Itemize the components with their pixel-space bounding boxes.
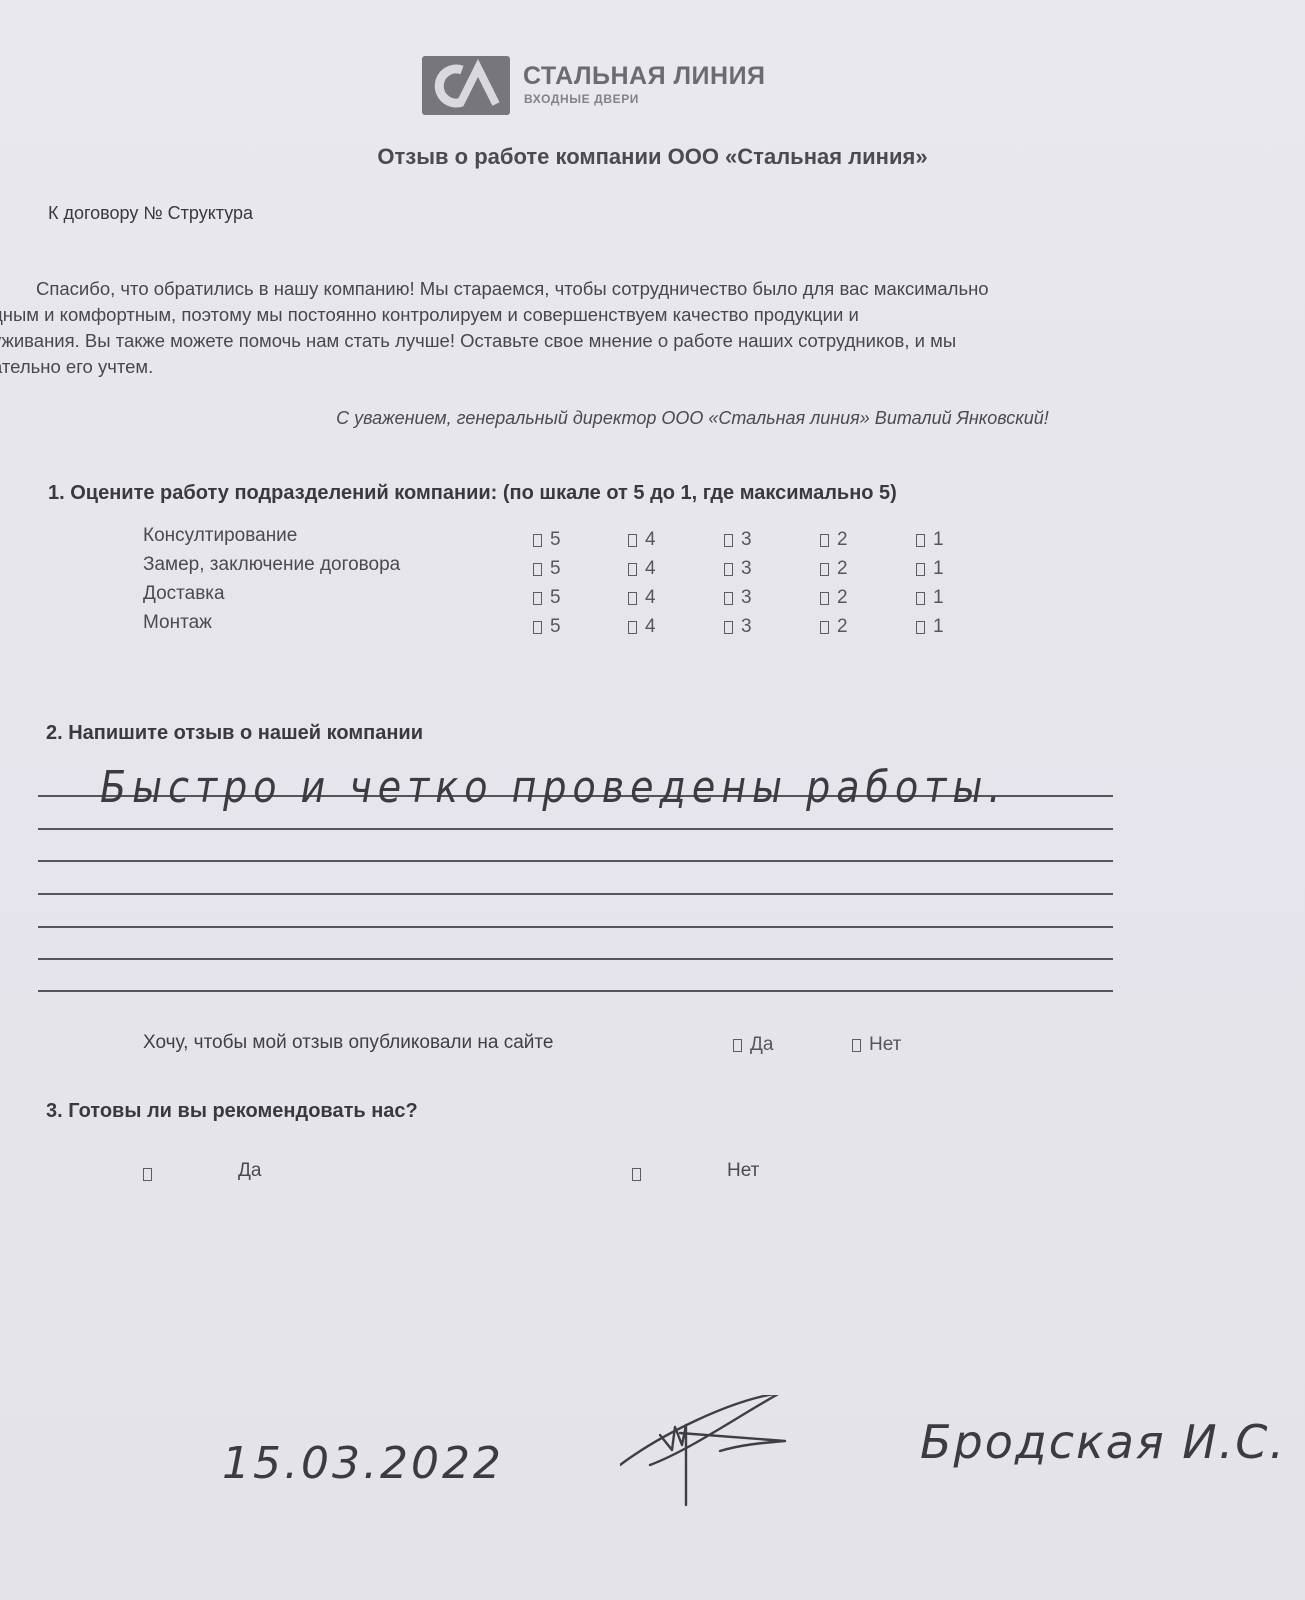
- company-name: СТАЛЬНАЯ ЛИНИЯ: [523, 62, 766, 91]
- rating-option-1[interactable]: 1: [916, 529, 944, 551]
- checkbox-icon: [724, 592, 733, 605]
- rating-option-label: 4: [645, 587, 656, 609]
- rating-row: Замер, заключение договора54321: [143, 554, 993, 584]
- rating-option-label: 1: [933, 529, 944, 551]
- publish-yes-checkbox[interactable]: Да: [733, 1034, 773, 1056]
- rating-option-label: 3: [741, 616, 752, 638]
- checkbox-icon: [916, 592, 925, 605]
- checkbox-icon: [628, 534, 637, 547]
- recommend-no-checkbox[interactable]: [632, 1168, 641, 1181]
- logo-cl-icon: [422, 56, 510, 115]
- rating-option-2[interactable]: 2: [820, 616, 848, 638]
- director-closing: С уважением, генеральный директор ООО «С…: [0, 408, 1305, 429]
- checkbox-icon: [820, 621, 829, 634]
- rating-option-label: 2: [837, 587, 848, 609]
- writing-line: [38, 893, 1113, 895]
- intro-line: Спасибо, что обратились в нашу компанию!…: [0, 276, 1222, 302]
- intro-paragraph: Спасибо, что обратились в нашу компанию!…: [0, 276, 1222, 380]
- rating-option-2[interactable]: 2: [820, 529, 848, 551]
- rating-option-label: 2: [837, 529, 848, 551]
- rating-option-label: 2: [837, 616, 848, 638]
- handwritten-date: 15.03.2022: [222, 1438, 504, 1489]
- rating-option-1[interactable]: 1: [916, 587, 944, 609]
- checkbox-icon: [533, 563, 542, 576]
- intro-line: уживания. Вы также можете помочь нам ста…: [0, 328, 1222, 354]
- rating-option-3[interactable]: 3: [724, 529, 752, 551]
- writing-line: [38, 958, 1113, 960]
- rating-option-label: 2: [837, 558, 848, 580]
- contract-reference: К договору № Структура: [48, 203, 253, 224]
- rating-option-4[interactable]: 4: [628, 529, 656, 551]
- company-logo-mark: [422, 56, 510, 115]
- writing-line: [38, 860, 1113, 862]
- rating-row-label: Доставка: [143, 583, 225, 605]
- handwritten-review[interactable]: Быстро и четко проведены работы.: [100, 762, 1006, 813]
- rating-option-1[interactable]: 1: [916, 558, 944, 580]
- recommend-yes-label: Да: [238, 1160, 261, 1182]
- section3-heading: 3. Готовы ли вы рекомендовать нас?: [46, 1100, 418, 1123]
- checkbox-icon: [628, 563, 637, 576]
- rating-option-label: 4: [645, 558, 656, 580]
- publish-consent-label: Хочу, чтобы мой отзыв опубликовали на са…: [143, 1032, 553, 1054]
- recommend-yes-checkbox[interactable]: [143, 1168, 152, 1181]
- checkbox-icon: [724, 563, 733, 576]
- rating-option-label: 3: [741, 587, 752, 609]
- rating-option-4[interactable]: 4: [628, 587, 656, 609]
- section1-heading: 1. Оцените работу подразделений компании…: [48, 482, 897, 505]
- document-title: Отзыв о работе компании ООО «Стальная ли…: [0, 144, 1305, 170]
- rating-option-5[interactable]: 5: [533, 616, 561, 638]
- rating-option-label: 5: [550, 587, 561, 609]
- checkbox-icon: [852, 1039, 861, 1052]
- rating-option-label: 1: [933, 558, 944, 580]
- rating-row-label: Монтаж: [143, 612, 212, 634]
- rating-row-label: Замер, заключение договора: [143, 554, 400, 576]
- publish-yes-label: Да: [750, 1034, 773, 1056]
- rating-option-label: 1: [933, 587, 944, 609]
- intro-line: ательно его учтем.: [0, 354, 1222, 380]
- writing-line: [38, 828, 1113, 830]
- checkbox-icon: [820, 592, 829, 605]
- company-tagline: ВХОДНЫЕ ДВЕРИ: [524, 92, 639, 106]
- rating-option-3[interactable]: 3: [724, 587, 752, 609]
- publish-no-checkbox[interactable]: Нет: [852, 1034, 901, 1056]
- rating-option-4[interactable]: 4: [628, 558, 656, 580]
- rating-option-label: 1: [933, 616, 944, 638]
- checkbox-icon: [533, 534, 542, 547]
- writing-line: [38, 990, 1113, 992]
- checkbox-icon: [820, 563, 829, 576]
- rating-row: Монтаж54321: [143, 612, 993, 642]
- checkbox-icon: [533, 621, 542, 634]
- rating-option-2[interactable]: 2: [820, 558, 848, 580]
- rating-option-5[interactable]: 5: [533, 587, 561, 609]
- rating-option-4[interactable]: 4: [628, 616, 656, 638]
- section2-heading: 2. Напишите отзыв о нашей компании: [46, 722, 423, 745]
- rating-option-3[interactable]: 3: [724, 616, 752, 638]
- checkbox-icon: [724, 621, 733, 634]
- rating-option-1[interactable]: 1: [916, 616, 944, 638]
- rating-option-label: 4: [645, 616, 656, 638]
- rating-row-label: Консултирование: [143, 525, 297, 547]
- rating-option-5[interactable]: 5: [533, 529, 561, 551]
- rating-option-2[interactable]: 2: [820, 587, 848, 609]
- rating-option-label: 5: [550, 616, 561, 638]
- rating-row: Доставка54321: [143, 583, 993, 613]
- rating-option-label: 3: [741, 529, 752, 551]
- checkbox-icon: [628, 592, 637, 605]
- rating-option-3[interactable]: 3: [724, 558, 752, 580]
- checkbox-icon: [733, 1039, 742, 1052]
- rating-row: Консултирование54321: [143, 525, 993, 555]
- checkbox-icon: [916, 534, 925, 547]
- handwritten-name: Бродская И.С.: [920, 1415, 1286, 1469]
- checkbox-icon: [916, 563, 925, 576]
- checkbox-icon: [533, 592, 542, 605]
- checkbox-icon: [916, 621, 925, 634]
- checkbox-icon: [820, 534, 829, 547]
- checkbox-icon: [724, 534, 733, 547]
- rating-option-5[interactable]: 5: [533, 558, 561, 580]
- rating-option-label: 5: [550, 529, 561, 551]
- writing-line: [38, 926, 1113, 928]
- checkbox-icon: [628, 621, 637, 634]
- recommend-no-label: Нет: [727, 1160, 759, 1182]
- publish-no-label: Нет: [869, 1034, 901, 1056]
- rating-option-label: 5: [550, 558, 561, 580]
- intro-line: дным и комфортным, поэтому мы постоянно …: [0, 302, 1222, 328]
- rating-option-label: 4: [645, 529, 656, 551]
- signature-icon: [620, 1395, 800, 1535]
- rating-option-label: 3: [741, 558, 752, 580]
